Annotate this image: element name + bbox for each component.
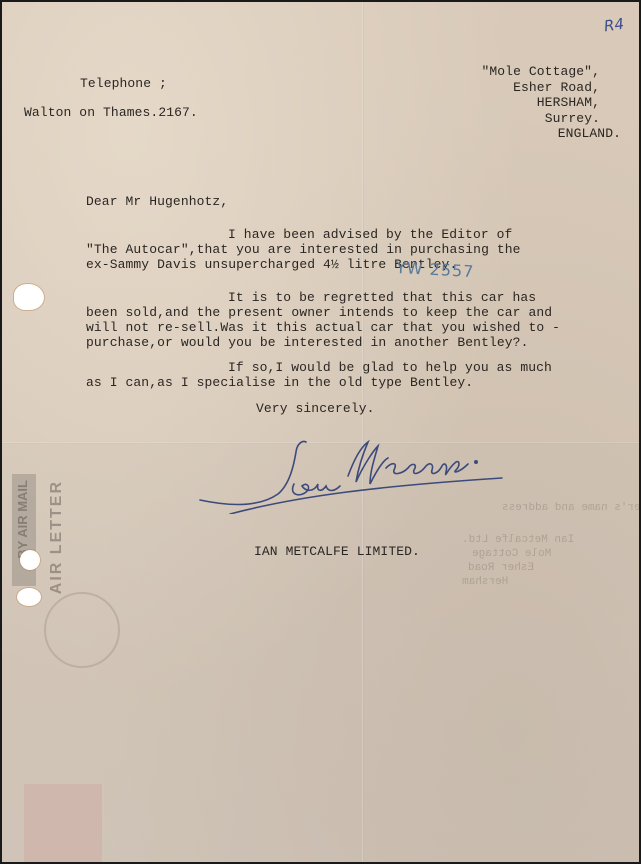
paragraph-1-line-1: I have been advised by the Editor of: [228, 227, 512, 242]
ghost-sender-line-4: Hersham: [462, 576, 508, 589]
company-name: IAN METCALFE LIMITED.: [254, 544, 420, 559]
handwritten-reference: R4: [603, 15, 625, 36]
air-letter-title: AIR LETTER: [48, 480, 66, 594]
address-line-5: ENGLAND.: [558, 126, 621, 141]
paragraph-1-line-2: "The Autocar",that you are interested in…: [86, 242, 521, 257]
ghost-sender-line-2: Mole Cottage: [472, 548, 551, 561]
scanned-letter: BY AIR MAIL AIR LETTER Sender's name and…: [2, 2, 639, 862]
salutation: Dear Mr Hugenhotz,: [86, 194, 228, 209]
paragraph-2-line-2: been sold,and the present owner intends …: [86, 305, 552, 320]
paragraph-2-line-1: It is to be regretted that this car has: [228, 290, 536, 305]
punch-hole-lower: [17, 588, 41, 606]
closing: Very sincerely.: [256, 401, 375, 416]
address-line-2: Esher Road,: [513, 80, 600, 95]
postmark: [44, 592, 120, 668]
punch-hole-upper: [20, 550, 40, 570]
address-line-1: "Mole Cottage",: [481, 64, 600, 79]
ghost-sender-label: Sender's name and address: [502, 502, 639, 515]
vertical-fold-line: [362, 2, 364, 862]
ghost-sender-line-3: Esher Road: [468, 562, 534, 575]
signature-icon: [198, 434, 508, 514]
address-line-3: HERSHAM,: [537, 95, 600, 110]
torn-hole: [14, 284, 44, 310]
ghost-sender-line-1: Ian Metcalfe Ltd.: [462, 534, 574, 547]
postage-stamp: [24, 784, 102, 862]
paragraph-3-line-2: as I can,as I specialise in the old type…: [86, 375, 473, 390]
paragraph-2-line-3: will not re-sell.Was it this actual car …: [86, 320, 560, 335]
handwritten-registration: YW 2557: [396, 258, 475, 281]
telephone-label: Telephone ;: [80, 76, 167, 91]
paragraph-2-line-4: purchase,or would you be interested in a…: [86, 335, 528, 350]
telephone-number: Walton on Thames.2167.: [24, 105, 198, 120]
airmail-band-label: BY AIR MAIL: [15, 480, 30, 559]
address-line-4: Surrey.: [545, 111, 600, 126]
paragraph-3-line-1: If so,I would be glad to help you as muc…: [228, 360, 552, 375]
